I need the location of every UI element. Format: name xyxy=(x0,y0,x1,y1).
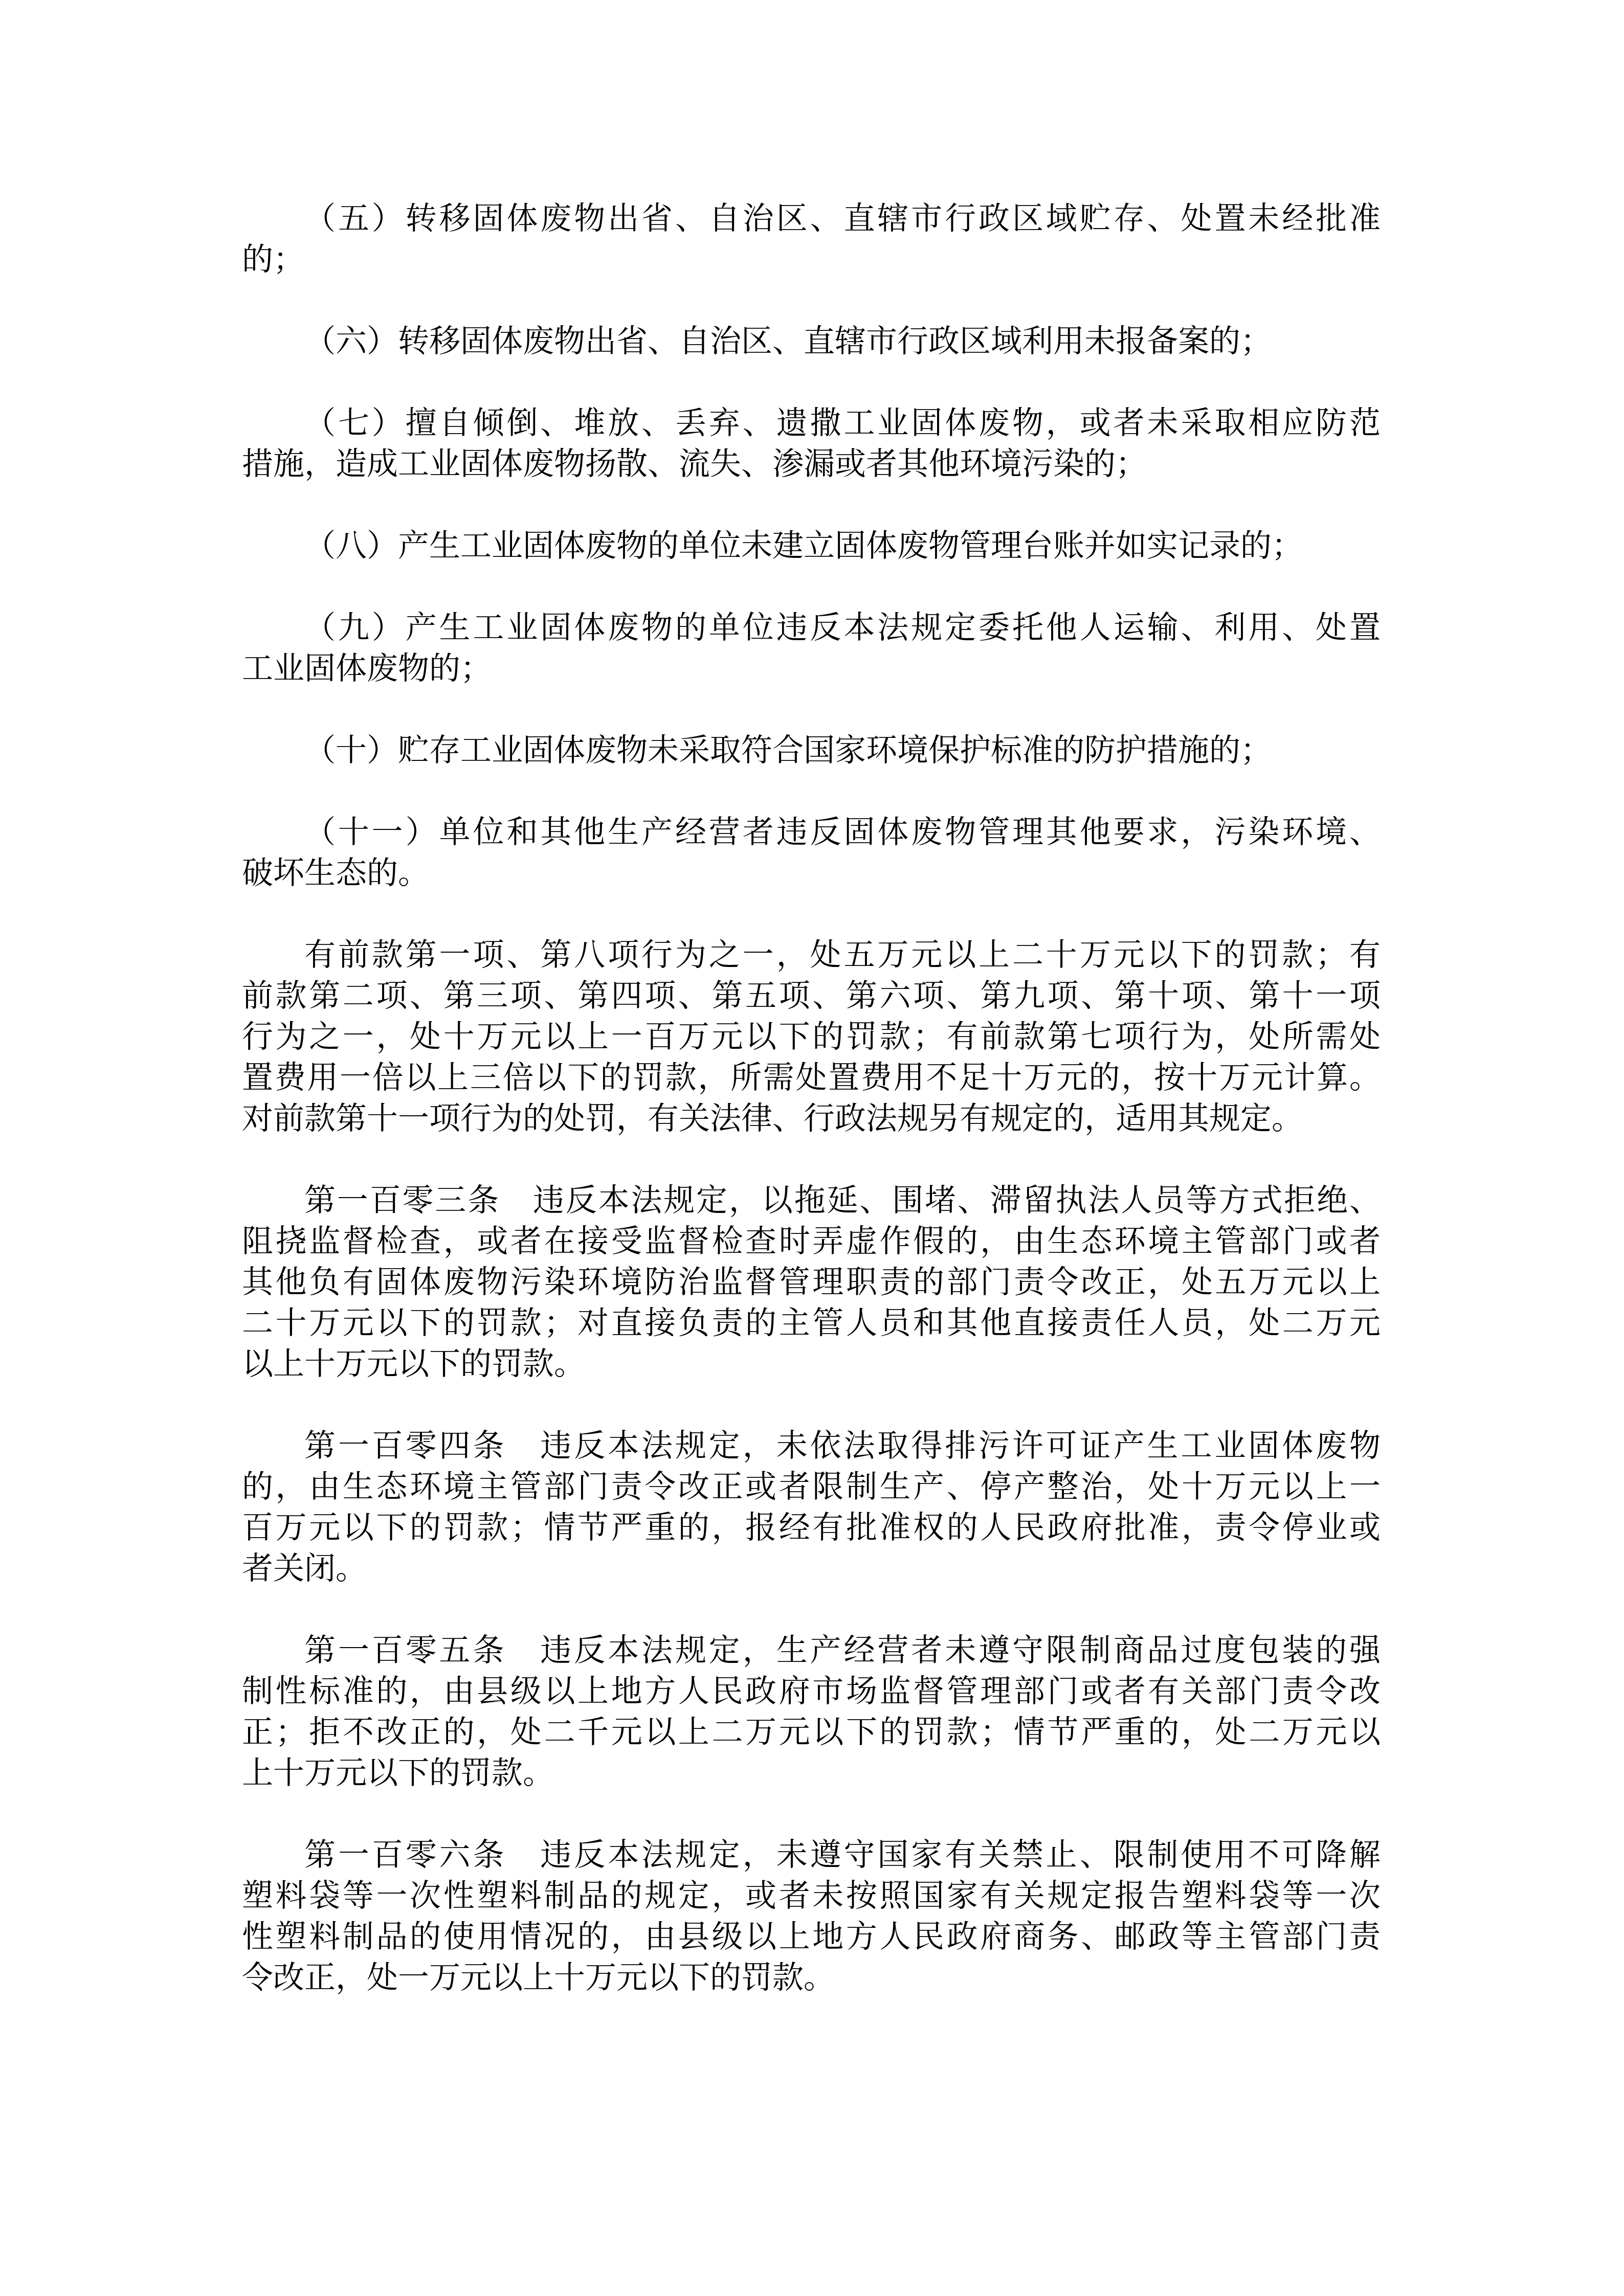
article-104-paragraph: 第一百零四条 违反本法规定，未依法取得排污许可证产生工业固体废物 的，由生态环境… xyxy=(242,1426,1381,1590)
text-line: 二十万元以下的罚款；对直接负责的主管人员和其他直接责任人员，处二万元 xyxy=(242,1303,1381,1344)
text-line: 第一百零五条 违反本法规定，生产经营者未遵守限制商品过度包装的强 xyxy=(242,1631,1381,1672)
text-line: （七）擅自倾倒、堆放、丢弃、遗撒工业固体废物，或者未采取相应防范 xyxy=(242,403,1381,444)
text-line: （十）贮存工业固体废物未采取符合国家环境保护标准的防护措施的； xyxy=(242,731,1381,772)
text-line: （十一）单位和其他生产经营者违反固体废物管理其他要求，污染环境、 xyxy=(242,813,1381,853)
text-line: 以上十万元以下的罚款。 xyxy=(242,1344,1381,1385)
text-line: 工业固体废物的； xyxy=(242,649,1381,690)
text-line: 者关闭。 xyxy=(242,1549,1381,1590)
text-line: 前款第二项、第三项、第四项、第五项、第六项、第九项、第十项、第十一项 xyxy=(242,976,1381,1017)
text-line: 性塑料制品的使用情况的，由县级以上地方人民政府商务、邮政等主管部门责 xyxy=(242,1917,1381,1958)
text-line: 正；拒不改正的，处二千元以上二万元以下的罚款；情节严重的，处二万元以 xyxy=(242,1713,1381,1753)
clause-item-11: （十一）单位和其他生产经营者违反固体废物管理其他要求，污染环境、 破坏生态的。 xyxy=(242,813,1381,894)
text-line: 令改正，处一万元以上十万元以下的罚款。 xyxy=(242,1958,1381,1999)
text-line: 的； xyxy=(242,240,1381,281)
text-line: 上十万元以下的罚款。 xyxy=(242,1753,1381,1794)
clause-item-5: （五）转移固体废物出省、自治区、直辖市行政区域贮存、处置未经批准 的； xyxy=(242,199,1381,281)
legal-text-body: （五）转移固体废物出省、自治区、直辖市行政区域贮存、处置未经批准 的； （六）转… xyxy=(242,199,1381,2040)
clause-item-10: （十）贮存工业固体废物未采取符合国家环境保护标准的防护措施的； xyxy=(242,731,1381,772)
penalty-summary-paragraph: 有前款第一项、第八项行为之一，处五万元以上二十万元以下的罚款；有 前款第二项、第… xyxy=(242,935,1381,1140)
text-line: 其他负有固体废物污染环境防治监督管理职责的部门责令改正，处五万元以上 xyxy=(242,1263,1381,1303)
clause-item-6: （六）转移固体废物出省、自治区、直辖市行政区域利用未报备案的； xyxy=(242,322,1381,363)
text-line: 有前款第一项、第八项行为之一，处五万元以上二十万元以下的罚款；有 xyxy=(242,935,1381,976)
text-line: （九）产生工业固体废物的单位违反本法规定委托他人运输、利用、处置 xyxy=(242,608,1381,649)
text-line: （六）转移固体废物出省、自治区、直辖市行政区域利用未报备案的； xyxy=(242,322,1381,363)
text-line: 置费用一倍以上三倍以下的罚款，所需处置费用不足十万元的，按十万元计算。 xyxy=(242,1058,1381,1099)
text-line: （五）转移固体废物出省、自治区、直辖市行政区域贮存、处置未经批准 xyxy=(242,199,1381,240)
text-line: 第一百零六条 违反本法规定，未遵守国家有关禁止、限制使用不可降解 xyxy=(242,1835,1381,1876)
text-line: 措施，造成工业固体废物扬散、流失、渗漏或者其他环境污染的； xyxy=(242,444,1381,485)
article-105-paragraph: 第一百零五条 违反本法规定，生产经营者未遵守限制商品过度包装的强 制性标准的，由… xyxy=(242,1631,1381,1794)
text-line: 行为之一，处十万元以上一百万元以下的罚款；有前款第七项行为，处所需处 xyxy=(242,1017,1381,1058)
article-106-paragraph: 第一百零六条 违反本法规定，未遵守国家有关禁止、限制使用不可降解 塑料袋等一次性… xyxy=(242,1835,1381,1999)
article-103-paragraph: 第一百零三条 违反本法规定，以拖延、围堵、滞留执法人员等方式拒绝、 阻挠监督检查… xyxy=(242,1181,1381,1385)
clause-item-8: （八）产生工业固体废物的单位未建立固体废物管理台账并如实记录的； xyxy=(242,526,1381,567)
text-line: 阻挠监督检查，或者在接受监督检查时弄虚作假的，由生态环境主管部门或者 xyxy=(242,1222,1381,1263)
text-line: 的，由生态环境主管部门责令改正或者限制生产、停产整治，处十万元以上一 xyxy=(242,1467,1381,1508)
text-line: 第一百零四条 违反本法规定，未依法取得排污许可证产生工业固体废物 xyxy=(242,1426,1381,1467)
clause-item-9: （九）产生工业固体废物的单位违反本法规定委托他人运输、利用、处置 工业固体废物的… xyxy=(242,608,1381,690)
text-line: 塑料袋等一次性塑料制品的规定，或者未按照国家有关规定报告塑料袋等一次 xyxy=(242,1876,1381,1917)
clause-item-7: （七）擅自倾倒、堆放、丢弃、遗撒工业固体废物，或者未采取相应防范 措施，造成工业… xyxy=(242,403,1381,485)
text-line: 对前款第十一项行为的处罚，有关法律、行政法规另有规定的，适用其规定。 xyxy=(242,1099,1381,1140)
text-line: 百万元以下的罚款；情节严重的，报经有批准权的人民政府批准，责令停业或 xyxy=(242,1508,1381,1549)
text-line: 第一百零三条 违反本法规定，以拖延、围堵、滞留执法人员等方式拒绝、 xyxy=(242,1181,1381,1222)
text-line: 制性标准的，由县级以上地方人民政府市场监督管理部门或者有关部门责令改 xyxy=(242,1672,1381,1713)
text-line: （八）产生工业固体废物的单位未建立固体废物管理台账并如实记录的； xyxy=(242,526,1381,567)
document-page: { "page": { "background_color": "#ffffff… xyxy=(0,0,1624,2296)
text-line: 破坏生态的。 xyxy=(242,853,1381,894)
